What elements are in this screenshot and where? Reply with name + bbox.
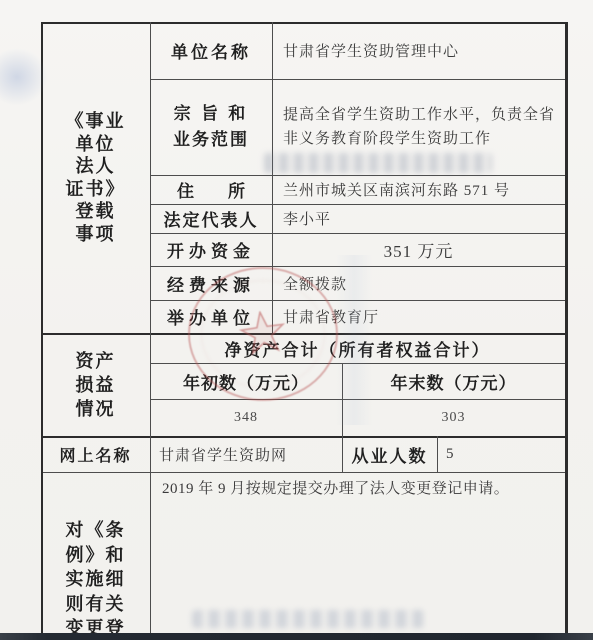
- web-name-value: 甘肃省学生资助网: [150, 436, 351, 472]
- cert-header-line: 事项: [76, 223, 116, 246]
- organizer-value: 甘肃省教育厅: [272, 300, 576, 333]
- cert-header-line: 单位: [76, 133, 116, 156]
- purpose-value: 提高全省学生资助工作水平，负责全省非义务教育阶段学生资助工作: [272, 79, 576, 175]
- changes-note-cell: 2019 年 9 月按规定提交办理了法人变更登记申请。: [150, 472, 587, 639]
- legal-rep-label: 法定代表人: [150, 204, 272, 233]
- asset-label-line: 资产: [76, 349, 116, 373]
- year-start-header: 年初数（万元）: [150, 363, 342, 399]
- cert-header-line: 证书》: [66, 178, 126, 201]
- registration-table: 《事业 单位 法人 证书》 登载 事项 单位名称 甘肃省学生资助管理中心 宗 旨…: [41, 22, 568, 634]
- page-cut-edge: [0, 633, 593, 640]
- net-assets-header: 净资产合计（所有者权益合计）: [150, 333, 565, 363]
- capital-value: 351 万元: [272, 233, 565, 266]
- capital-label: 开办资金: [150, 233, 272, 266]
- address-value: 兰州市城关区南滨河东路 571 号: [272, 175, 576, 204]
- changes-label-line: 对《条: [66, 518, 126, 543]
- cert-header-line: 《事业: [66, 110, 126, 133]
- asset-label-line: 损益: [76, 373, 116, 397]
- changes-label-line: 变更登: [66, 616, 126, 634]
- unit-name-label: 单位名称: [150, 22, 272, 79]
- year-end-value: 303: [342, 399, 565, 436]
- year-end-header: 年末数（万元）: [342, 363, 565, 399]
- scanned-document-page: 《事业 单位 法人 证书》 登载 事项 单位名称 甘肃省学生资助管理中心 宗 旨…: [0, 0, 593, 640]
- cert-header-line: 法人: [76, 155, 116, 178]
- funding-source-label: 经费来源: [150, 266, 272, 300]
- year-start-value: 348: [150, 399, 342, 436]
- cert-header-line: 登载: [76, 200, 116, 223]
- organizer-label: 举办单位: [150, 300, 272, 333]
- staff-count-value: 5: [437, 436, 574, 472]
- changes-label-line: 例》和: [66, 543, 126, 568]
- asset-section-label: 资产 损益 情况: [41, 333, 150, 436]
- funding-source-value: 全额拨款: [272, 266, 576, 300]
- address-label: 住 所: [150, 175, 272, 204]
- purpose-label: 宗 旨 和 业务范围: [150, 79, 272, 175]
- changes-label-line: 则有关: [66, 592, 126, 617]
- web-name-label: 网上名称: [41, 436, 150, 472]
- cert-items-header: 《事业 单位 法人 证书》 登载 事项: [41, 22, 150, 333]
- unit-name-value: 甘肃省学生资助管理中心: [272, 22, 576, 79]
- staff-count-label: 从业人数: [342, 436, 437, 472]
- legal-rep-value: 李小平: [272, 204, 576, 233]
- changes-label-line: 实施细: [66, 567, 126, 592]
- asset-label-line: 情况: [76, 397, 116, 421]
- changes-section-label: 对《条 例》和 实施细 则有关 变更登: [41, 472, 150, 634]
